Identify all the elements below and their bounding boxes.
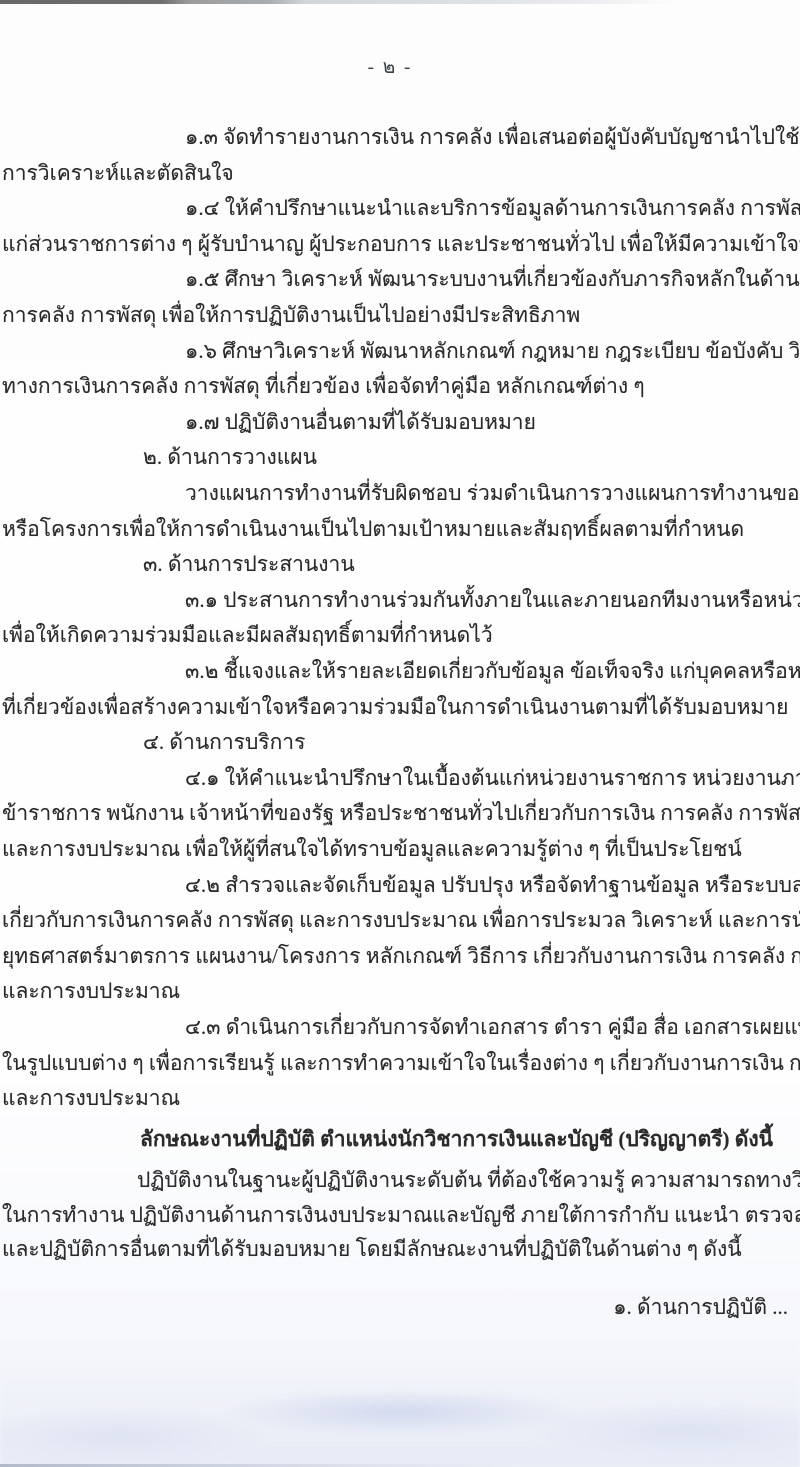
continuation-marker: ๑. ด้านการปฏิบัติ ... — [613, 1292, 788, 1322]
text-line: วางแผนการทำงานที่รับผิดชอบ ร่วมดำเนินการ… — [185, 478, 800, 508]
text-line: ๓.๑ ประสานการทำงานร่วมกันทั้งภายในและภาย… — [185, 585, 800, 615]
bold-section-title: ลักษณะงานที่ปฏิบัติ ตำแหน่งนักวิชาการเงิ… — [140, 1124, 773, 1154]
text-line: ข้าราชการ พนักงาน เจ้าหน้าที่ของรัฐ หรือ… — [2, 798, 800, 828]
document-page: - ๒ - ๑.๓ จัดทำรายงานการเงิน การคลัง เพื… — [0, 0, 800, 1467]
text-line: ๑.๖ ศึกษาวิเคราะห์ พัฒนาหลักเกณฑ์ กฎหมาย… — [185, 336, 800, 366]
text-line: และการงบประมาณ — [2, 1083, 180, 1113]
text-line: ยุทธศาสตร์มาตรการ แผนงาน/โครงการ หลักเกณ… — [2, 941, 800, 971]
text-line: และการงบประมาณ — [2, 976, 180, 1006]
text-line: ในการทำงาน ปฏิบัติงานด้านการเงินงบประมาณ… — [2, 1200, 800, 1230]
section-heading: ๓. ด้านการประสานงาน — [143, 549, 355, 579]
text-line: ๑.๔ ให้คำปรึกษาแนะนำและบริการข้อมูลด้านก… — [185, 193, 800, 223]
scan-edge-artifact-top — [0, 0, 675, 4]
text-line: ๑.๓ จัดทำรายงานการเงิน การคลัง เพื่อเสนอ… — [185, 122, 800, 152]
text-line: ๔.๑ ให้คำแนะนำปรึกษาในเบื้องต้นแก่หน่วยง… — [185, 763, 800, 793]
section-heading: ๔. ด้านการบริการ — [143, 727, 305, 757]
text-line: เกี่ยวกับการเงินการคลัง การพัสดุ และการง… — [2, 905, 800, 935]
text-line: แก่ส่วนราชการต่าง ๆ ผู้รับบำนาญ ผู้ประกอ… — [2, 229, 800, 259]
text-line: ในรูปแบบต่าง ๆ เพื่อการเรียนรู้ และการทำ… — [2, 1048, 800, 1078]
text-line: หรือโครงการเพื่อให้การดำเนินงานเป็นไปตาม… — [2, 514, 744, 544]
text-line: ๔.๓ ดำเนินการเกี่ยวกับการจัดทำเอกสาร ตำร… — [185, 1012, 800, 1042]
text-line: และปฏิบัติการอื่นตามที่ได้รับมอบหมาย โดย… — [2, 1234, 742, 1264]
text-line: ที่เกี่ยวข้องเพื่อสร้างความเข้าใจหรือควา… — [2, 692, 788, 722]
text-line: ๑.๗ ปฏิบัติงานอื่นตามที่ได้รับมอบหมาย — [185, 407, 536, 437]
text-line: การคลัง การพัสดุ เพื่อให้การปฏิบัติงานเป… — [2, 300, 580, 330]
text-line: ปฏิบัติงานในฐานะผู้ปฏิบัติงานระดับต้น ที… — [137, 1165, 800, 1195]
text-line: ๑.๕ ศึกษา วิเคราะห์ พัฒนาระบบงานที่เกี่ย… — [185, 264, 800, 294]
text-line: ๓.๒ ชี้แจงและให้รายละเอียดเกี่ยวกับข้อมู… — [185, 656, 800, 686]
page-number: - ๒ - — [0, 52, 780, 82]
text-line: การวิเคราะห์และตัดสินใจ — [2, 158, 234, 188]
section-heading: ๒. ด้านการวางแผน — [143, 442, 317, 472]
text-line: และการงบประมาณ เพื่อให้ผู้ที่สนใจได้ทราบ… — [2, 834, 742, 864]
text-line: ทางการเงินการคลัง การพัสดุ ที่เกี่ยวข้อง… — [2, 371, 645, 401]
scan-smudge-watermark — [0, 1340, 800, 1467]
text-line: เพื่อให้เกิดความร่วมมือและมีผลสัมฤทธิ์ตา… — [2, 620, 493, 650]
text-line: ๔.๒ สำรวจและจัดเก็บข้อมูล ปรับปรุง หรือจ… — [185, 870, 800, 900]
